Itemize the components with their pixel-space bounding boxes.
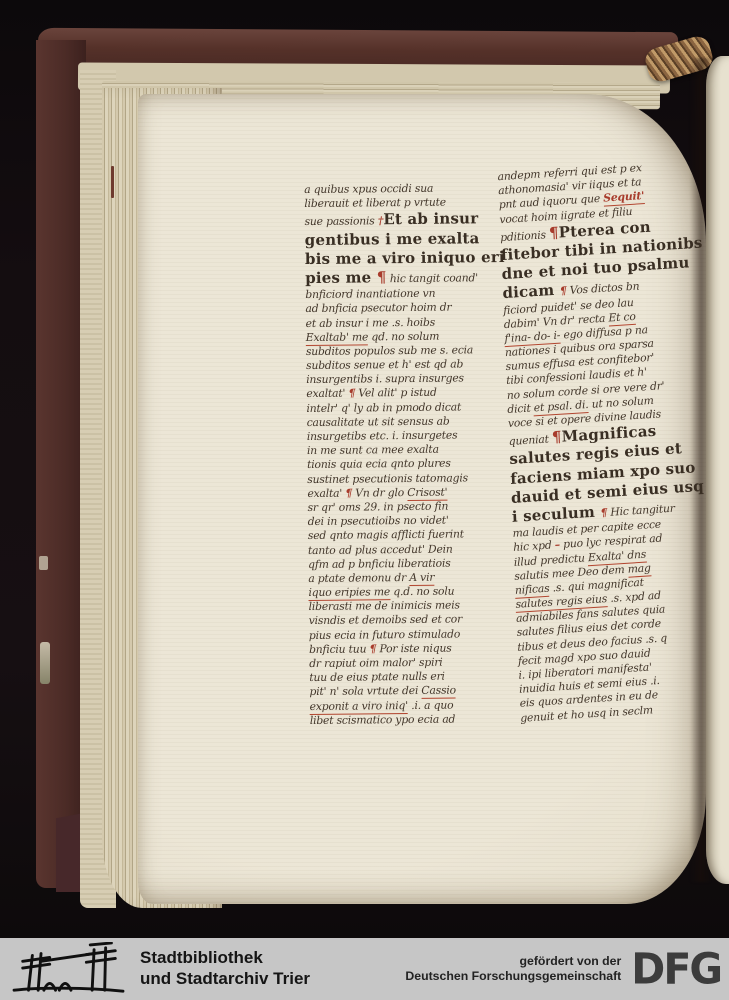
manuscript-text: et ab insur i me .s. hoibs — [306, 315, 436, 329]
manuscript-text: libet scismatico ypo ecia ad — [310, 712, 456, 727]
manuscript-line: pies me ¶ hic tangit coand' — [305, 267, 505, 288]
manuscript-text: queniat — [508, 432, 552, 448]
funding-line2: Deutschen Forschungsgemeinschaft — [405, 969, 621, 984]
manuscript-text: hic tangit coand' — [386, 271, 478, 285]
dfg-logo: DFG — [631, 948, 721, 991]
clasp-fitting — [40, 642, 50, 684]
rubric-mark: ¶ — [377, 268, 387, 286]
stadtbibliothek-trier-logo — [10, 942, 128, 996]
manuscript-text: insurgetibs etc. i. insurgetes — [307, 428, 458, 443]
manuscript-text: sr qr' oms 29. in psecto fin — [307, 500, 448, 514]
manuscript-text: Vn dr glo — [352, 486, 407, 500]
manuscript-text: pit' n' sola vrtute dei — [309, 684, 421, 698]
funding-line1: gefördert von der — [405, 954, 621, 969]
manuscript-text: tuu de eius ptate nulls eri — [309, 670, 445, 684]
manuscript-text: ad bnficia psecutor hoim dr — [305, 301, 451, 316]
manuscript-line: gentibus i me exalta — [305, 229, 505, 250]
manuscript-text: exaltat' — [306, 387, 348, 400]
manuscript-text: tionis quia ecia qnto plures — [307, 457, 451, 472]
book-cover-left-edge — [36, 40, 86, 888]
manuscript-text: insurgentibs i. supra insurges — [306, 372, 464, 387]
digitization-banner: Stadtbibliothek und Stadtarchiv Trier ge… — [0, 938, 729, 1000]
manuscript-text: dicam — [502, 281, 560, 303]
manuscript-text: qd. no solum — [368, 329, 439, 343]
manuscript-text: dr rapiut oim malor' spiri — [309, 656, 442, 670]
clasp-fitting — [39, 556, 48, 570]
manuscript-text: qfm ad p bnficiu liberatiois — [308, 556, 451, 570]
bookmark-mark — [111, 166, 114, 198]
manuscript-text: liberasti me de inimicis meis — [309, 599, 460, 614]
manuscript-text: bnficiord inantiatione vn — [305, 287, 435, 301]
digitized-manuscript-view: a quibus xpus occidi sualiberauit et lib… — [0, 0, 729, 1000]
manuscript-text: pius ecia in futuro stimulado — [309, 627, 460, 642]
manuscript-text: Et ab insur — [383, 210, 478, 229]
manuscript-text: Cassio — [421, 684, 456, 699]
manuscript-text: dei in psecutioibs no videt' — [308, 514, 449, 528]
manuscript-text: visndis et demoibs sed et cor — [309, 613, 462, 628]
manuscript-text: Vel alit' p istud — [355, 386, 437, 400]
manuscript-right-column: andepm referri qui est p exathonomasia' … — [497, 158, 722, 726]
manuscript-text: .i. a quo — [408, 698, 454, 711]
manuscript-text: A vir — [409, 571, 434, 586]
manuscript-text: subditos senue et h' est qd ab — [306, 357, 463, 372]
manuscript-text: a quibus xpus occidi sua — [304, 182, 433, 196]
manuscript-text: sed qnto magis afflicti fuerint — [308, 528, 464, 543]
manuscript-text: q.d. no solu — [390, 585, 454, 599]
manuscript-text: Hic tangitur — [607, 502, 675, 519]
manuscript-line: bis me a viro iniquo eri — [305, 248, 505, 269]
manuscript-text: subditos populos sub me s. ecia — [306, 343, 473, 358]
manuscript-text: pditionis — [500, 228, 549, 244]
manuscript-text: in me sunt ca mee exalta — [307, 443, 439, 457]
manuscript-text: causalitate ut sit sensus ab — [307, 414, 450, 428]
manuscript-text: Crisost' — [407, 485, 447, 500]
manuscript-text: pies me — [305, 268, 377, 287]
institution-line2: und Stadtarchiv Trier — [140, 969, 310, 990]
manuscript-text: tanto ad plus accedut' Dein — [308, 542, 453, 557]
manuscript-text: gentibus i me exalta — [305, 229, 480, 249]
manuscript-text: liberauit et liberat p vrtute — [304, 196, 446, 210]
manuscript-text: sustinet psecutionis tatomagis — [307, 471, 468, 486]
manuscript-text: bnficiu tuu — [309, 642, 370, 656]
manuscript-text: dicit — [507, 401, 534, 416]
manuscript-text: sue passionis — [304, 215, 377, 229]
manuscript-text: hic xpd — [513, 539, 555, 555]
manuscript-text: bis me a viro iniquo eri — [305, 248, 505, 268]
manuscript-text: exalta' — [307, 486, 345, 499]
institution-name: Stadtbibliothek und Stadtarchiv Trier — [140, 948, 310, 989]
manuscript-line: libet scismatico ypo ecia ad — [310, 712, 510, 728]
manuscript-text: Por iste niqus — [376, 641, 451, 655]
manuscript-line: sue passionis †Et ab insur — [304, 209, 504, 230]
funding-credit: gefördert von der Deutschen Forschungsge… — [405, 954, 621, 985]
institution-line1: Stadtbibliothek — [140, 948, 310, 969]
manuscript-left-column: a quibus xpus occidi sualiberauit et lib… — [304, 181, 510, 728]
manuscript-text: a ptate demonu dr — [308, 571, 409, 585]
manuscript-photo: a quibus xpus occidi sualiberauit et lib… — [0, 0, 729, 938]
manuscript-text: intelr' q' ly ab in pmodo dicat — [306, 400, 461, 415]
